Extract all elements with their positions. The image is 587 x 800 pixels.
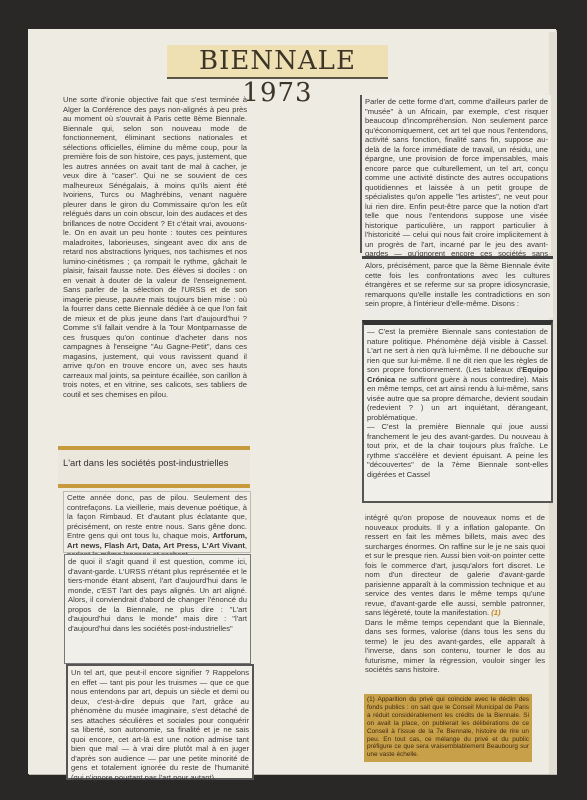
meaning-text: Un tel art, que peut-il encore signifier… — [71, 668, 249, 782]
clipping-idiosyncrasy: Alors, précisément, parce que la 8ème Bi… — [362, 256, 553, 318]
idiosyncrasy-text: Alors, précisément, parce que la 8ème Bi… — [365, 261, 550, 309]
first-biennale-text: — C'est la première Biennale sans contes… — [367, 327, 548, 422]
clipping-intro: Une sorte d'ironie objective fait que s'… — [63, 95, 247, 440]
regression-text: Dans le même temps cependant que la Bien… — [365, 618, 545, 675]
clipping-inflation: intégré qu'on propose de nouveaux noms e… — [362, 511, 548, 669]
avant-garde-text: — C'est la première Biennale qui joue au… — [367, 422, 548, 479]
footnote-marker: (1) — [491, 608, 500, 617]
footnote-clipping: (1) Apparition du privé qui coïncide ave… — [364, 694, 532, 762]
subheading-text: L'art dans les sociétés post-industriell… — [63, 457, 228, 468]
footnote-text: (1) Apparition du privé qui coïncide ave… — [367, 696, 529, 759]
clipping-magazines: Cette année donc, pas de pilou. Seulemen… — [63, 491, 251, 553]
section-heading: L'art dans les sociétés post-industriell… — [58, 446, 250, 488]
inflation-text: intégré qu'on propose de nouveaux noms e… — [365, 513, 545, 618]
para-text: intégré qu'on propose de nouveaux noms e… — [365, 513, 545, 617]
clipping-aligned-art: de quoi il s'agit quand il est question,… — [64, 554, 251, 664]
african-text: Parler de cette forme d'art, comme d'ail… — [365, 97, 548, 268]
clipping-first-biennale: — C'est la première Biennale sans contes… — [362, 320, 553, 503]
magazines-paragraph: Cette année donc, pas de pilou. Seulemen… — [67, 493, 247, 560]
clipping-meaning: Un tel art, que peut-il encore signifier… — [66, 664, 254, 780]
aligned-art-text: de quoi il s'agit quand il est question,… — [68, 557, 247, 633]
clipping-african: Parler de cette forme d'art, comme d'ail… — [360, 95, 551, 253]
page-title: BIENNALE 1973 — [167, 45, 388, 79]
intro-text: Une sorte d'ironie objective fait que s'… — [63, 95, 247, 399]
para-text: — C'est la première Biennale sans contes… — [367, 327, 548, 374]
para-text: ne suffiront guère à nous contredire). M… — [367, 375, 548, 422]
